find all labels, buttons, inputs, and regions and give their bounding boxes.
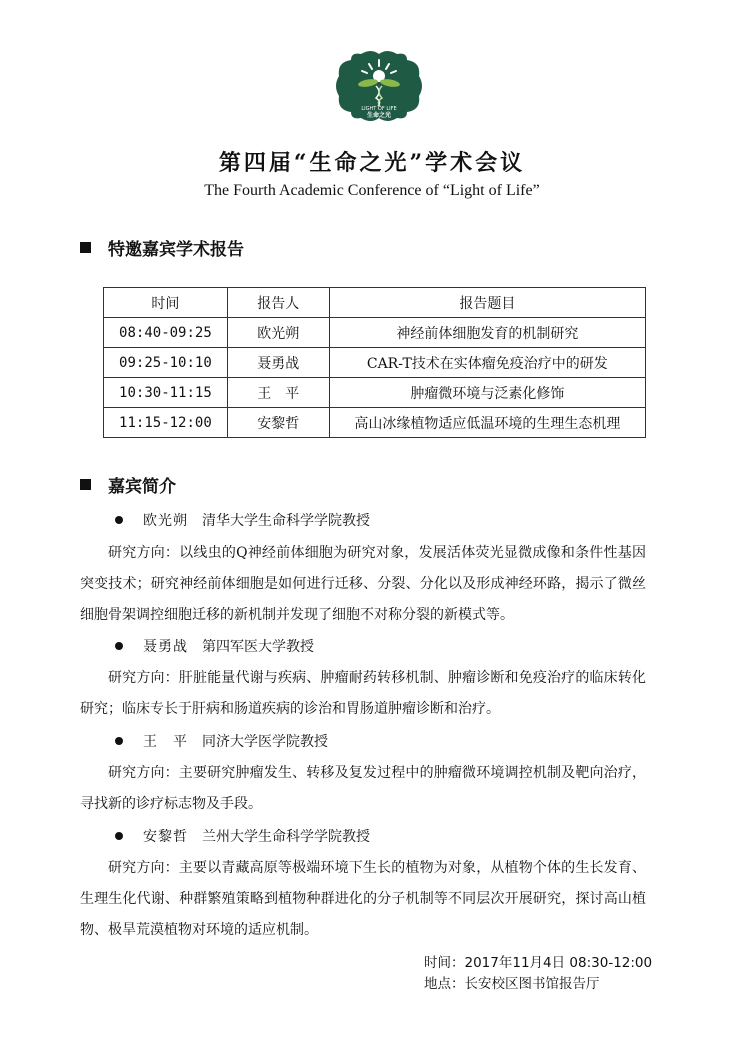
light-of-life-logo-icon: LIGHT OF LIFE 生命之光 — [331, 50, 427, 122]
column-header-speaker: 报告人 — [227, 288, 329, 318]
guest-title: 清华大学生命科学学院教授 — [202, 510, 370, 530]
section-heading-label: 嘉宾简介 — [108, 472, 176, 497]
guest-name: 聂勇战 — [143, 636, 188, 656]
cell-time: 11:15-12:00 — [104, 408, 228, 438]
cell-topic: 神经前体细胞发育的机制研究 — [329, 318, 645, 348]
square-bullet-icon — [80, 479, 91, 490]
section-heading-talks: 特邀嘉宾学术报告 — [80, 235, 244, 260]
cell-time: 08:40-09:25 — [104, 318, 228, 348]
table-row: 10:30-11:15 王 平 肿瘤微环境与泛素化修饰 — [104, 378, 646, 408]
section-heading-guests: 嘉宾简介 — [80, 472, 176, 497]
svg-text:生命之光: 生命之光 — [367, 111, 391, 119]
column-header-time: 时间 — [104, 288, 228, 318]
schedule-table: 时间 报告人 报告题目 08:40-09:25 欧光朔 神经前体细胞发育的机制研… — [103, 287, 646, 438]
table-row: 08:40-09:25 欧光朔 神经前体细胞发育的机制研究 — [104, 318, 646, 348]
table-header-row: 时间 报告人 报告题目 — [104, 288, 646, 318]
cell-topic: 肿瘤微环境与泛素化修饰 — [329, 378, 645, 408]
cell-speaker: 王 平 — [227, 378, 329, 408]
table-row: 11:15-12:00 安黎哲 高山冰缘植物适应低温环境的生理生态机理 — [104, 408, 646, 438]
guest-bio: 研究方向：肝脏能量代谢与疾病、肿瘤耐药转移机制、肿瘤诊断和免疫治疗的临床转化研究… — [80, 663, 646, 725]
column-header-topic: 报告题目 — [329, 288, 645, 318]
bullet-dot-icon — [115, 832, 123, 840]
cell-time: 10:30-11:15 — [104, 378, 228, 408]
guest-name: 欧光朔 — [143, 510, 188, 530]
page-title-en: The Fourth Academic Conference of “Light… — [0, 182, 744, 200]
event-place: 地点：长安校区图书馆报告厅 — [424, 972, 600, 992]
cell-topic: CAR-T技术在实体瘤免疫治疗中的研发 — [329, 348, 645, 378]
bullet-dot-icon — [115, 737, 123, 745]
bullet-dot-icon — [115, 516, 123, 524]
section-heading-label: 特邀嘉宾学术报告 — [108, 235, 244, 260]
guest-title: 第四军医大学教授 — [202, 636, 314, 656]
cell-speaker: 聂勇战 — [227, 348, 329, 378]
page-title-cn: 第四届“生命之光”学术会议 — [0, 146, 744, 177]
guest-heading: 欧光朔 清华大学生命科学学院教授 — [115, 510, 370, 530]
cell-speaker: 欧光朔 — [227, 318, 329, 348]
guest-bio: 研究方向：主要以青藏高原等极端环境下生长的植物为对象，从植物个体的生长发育、生理… — [80, 853, 646, 946]
conference-logo: LIGHT OF LIFE 生命之光 — [331, 50, 427, 122]
bullet-dot-icon — [115, 642, 123, 650]
guest-bio: 研究方向：主要研究肿瘤发生、转移及复发过程中的肿瘤微环境调控机制及靶向治疗，寻找… — [80, 758, 646, 820]
cell-topic: 高山冰缘植物适应低温环境的生理生态机理 — [329, 408, 645, 438]
cell-speaker: 安黎哲 — [227, 408, 329, 438]
cell-time: 09:25-10:10 — [104, 348, 228, 378]
guest-name: 王 平 — [143, 731, 188, 751]
guest-name: 安黎哲 — [143, 826, 188, 846]
guest-heading: 聂勇战 第四军医大学教授 — [115, 636, 314, 656]
event-time: 时间：2017年11月4日 08:30-12:00 — [424, 951, 652, 971]
guest-title: 同济大学医学院教授 — [202, 731, 328, 751]
guest-bio: 研究方向：以线虫的Q神经前体细胞为研究对象，发展活体荧光显微成像和条件性基因突变… — [80, 538, 646, 631]
guest-title: 兰州大学生命科学学院教授 — [202, 826, 370, 846]
guest-heading: 王 平 同济大学医学院教授 — [115, 731, 328, 751]
square-bullet-icon — [80, 242, 91, 253]
guest-heading: 安黎哲 兰州大学生命科学学院教授 — [115, 826, 370, 846]
table-row: 09:25-10:10 聂勇战 CAR-T技术在实体瘤免疫治疗中的研发 — [104, 348, 646, 378]
